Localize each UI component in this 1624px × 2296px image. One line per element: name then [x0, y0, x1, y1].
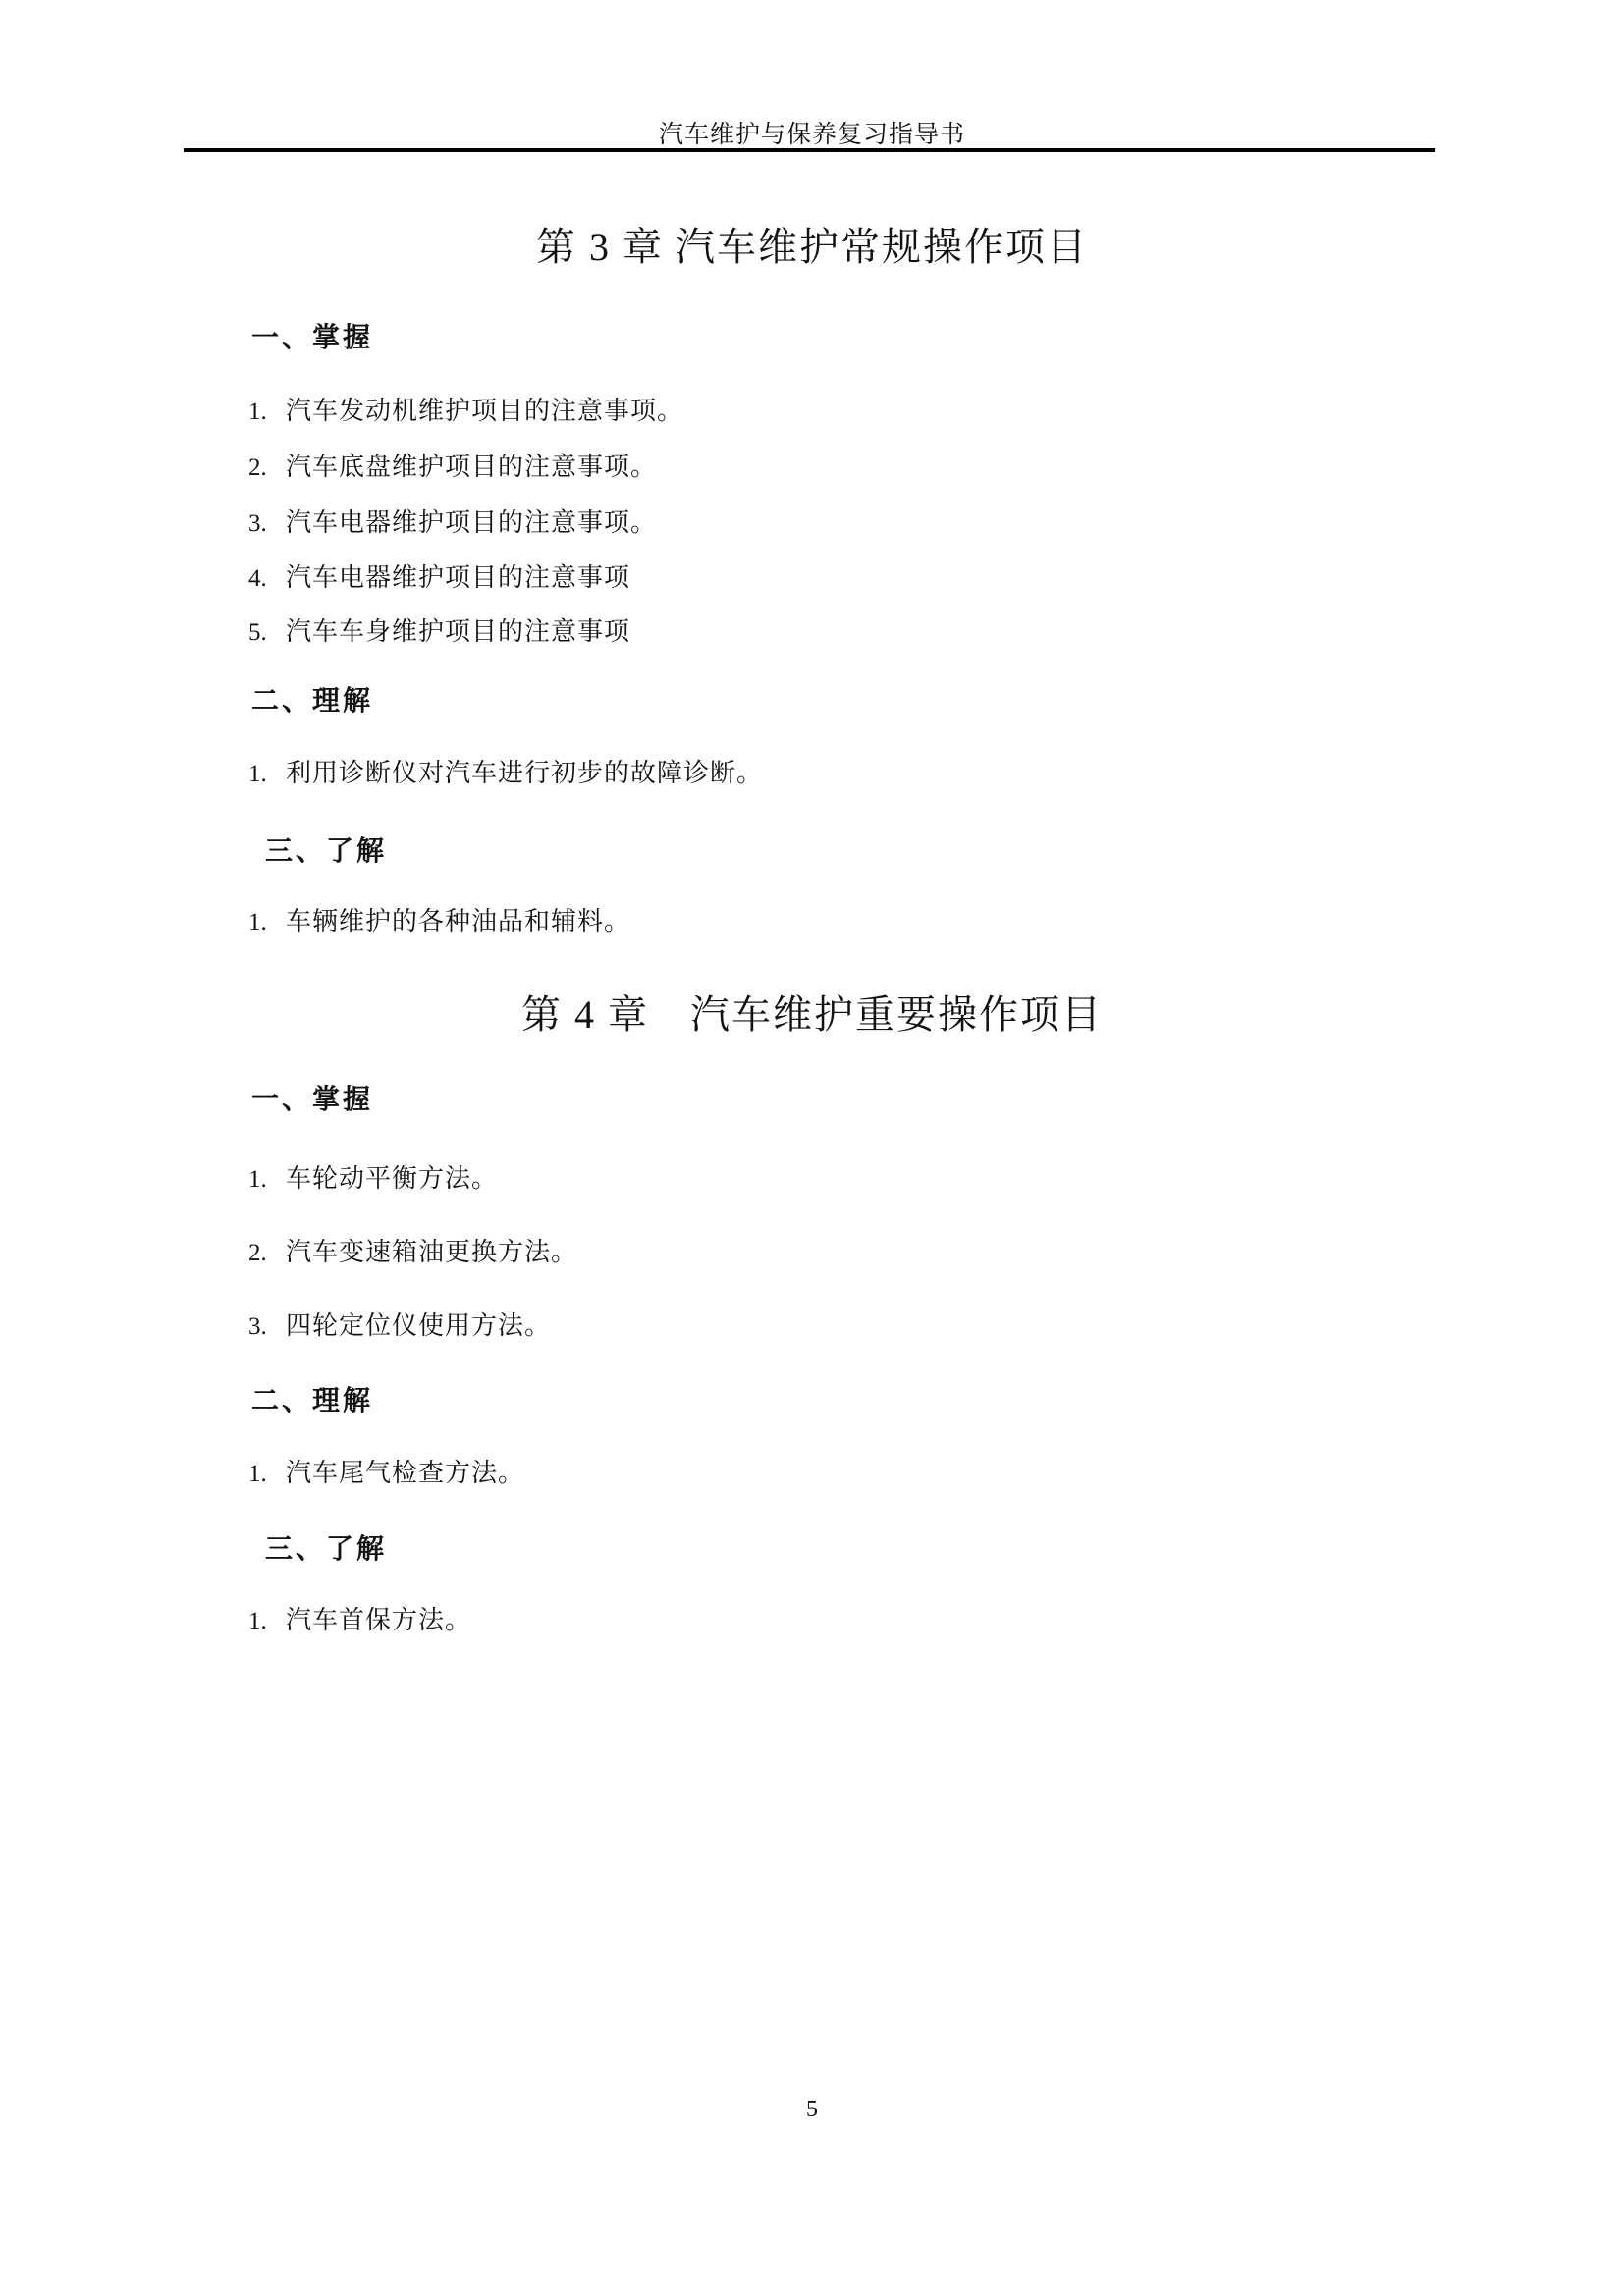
item-text: 车辆维护的各种油品和辅料。 — [286, 907, 630, 935]
item-number: 5. — [248, 619, 286, 647]
ch3-s2-item1: 1.利用诊断仪对汽车进行初步的故障诊断。 — [248, 753, 763, 789]
item-number: 2. — [248, 454, 286, 482]
item-text: 汽车首保方法。 — [286, 1606, 471, 1634]
ch4-section1-heading: 一、掌握 — [251, 1078, 373, 1117]
ch3-s1-item1: 1.汽车发动机维护项目的注意事项。 — [248, 391, 683, 427]
ch3-s1-item3: 3.汽车电器维护项目的注意事项。 — [248, 503, 657, 539]
item-text: 利用诊断仪对汽车进行初步的故障诊断。 — [286, 759, 763, 787]
ch3-section1-heading: 一、掌握 — [251, 316, 373, 355]
item-number: 4. — [248, 565, 286, 593]
ch3-s1-item2: 2.汽车底盘维护项目的注意事项。 — [248, 447, 657, 483]
ch3-s1-item4: 4.汽车电器维护项目的注意事项 — [248, 558, 630, 594]
item-text: 汽车车身维护项目的注意事项 — [286, 617, 630, 646]
ch3-s3-item1: 1.车辆维护的各种油品和辅料。 — [248, 901, 630, 937]
item-text: 汽车尾气检查方法。 — [286, 1459, 524, 1487]
item-text: 汽车电器维护项目的注意事项 — [286, 563, 630, 592]
item-number: 3. — [248, 510, 286, 538]
chapter4-title: 第 4 章 汽车维护重要操作项目 — [0, 984, 1624, 1040]
item-number: 1. — [248, 909, 286, 936]
item-number: 1. — [248, 399, 286, 426]
item-text: 四轮定位仪使用方法。 — [286, 1311, 551, 1340]
item-number: 2. — [248, 1240, 286, 1267]
item-text: 汽车底盘维护项目的注意事项。 — [286, 453, 657, 481]
ch4-s1-item2: 2.汽车变速箱油更换方法。 — [248, 1232, 577, 1268]
item-text: 汽车变速箱油更换方法。 — [286, 1238, 577, 1266]
item-text: 汽车电器维护项目的注意事项。 — [286, 508, 657, 537]
ch4-section2-heading: 二、理解 — [251, 1379, 373, 1418]
ch3-section3-heading: 三、了解 — [265, 829, 387, 869]
chapter3-title: 第 3 章 汽车维护常规操作项目 — [0, 216, 1624, 272]
header-rule — [184, 148, 1435, 152]
ch4-section3-heading: 三、了解 — [265, 1527, 387, 1567]
item-number: 1. — [248, 1166, 286, 1194]
ch3-s1-item5: 5.汽车车身维护项目的注意事项 — [248, 612, 630, 648]
document-page: 汽车维护与保养复习指导书 第 3 章 汽车维护常规操作项目 一、掌握 1.汽车发… — [0, 0, 1624, 2296]
page-header-title: 汽车维护与保养复习指导书 — [0, 115, 1624, 150]
item-number: 1. — [248, 761, 286, 788]
ch3-section2-heading: 二、理解 — [251, 679, 373, 719]
ch4-s2-item1: 1.汽车尾气检查方法。 — [248, 1453, 524, 1489]
item-number: 3. — [248, 1313, 286, 1341]
item-number: 1. — [248, 1461, 286, 1488]
ch4-s3-item1: 1.汽车首保方法。 — [248, 1600, 471, 1636]
ch4-s1-item3: 3.四轮定位仪使用方法。 — [248, 1306, 551, 1342]
item-text: 车轮动平衡方法。 — [286, 1164, 498, 1193]
item-text: 汽车发动机维护项目的注意事项。 — [286, 397, 683, 425]
ch4-s1-item1: 1.车轮动平衡方法。 — [248, 1158, 498, 1195]
page-number: 5 — [0, 2097, 1624, 2123]
item-number: 1. — [248, 1608, 286, 1635]
